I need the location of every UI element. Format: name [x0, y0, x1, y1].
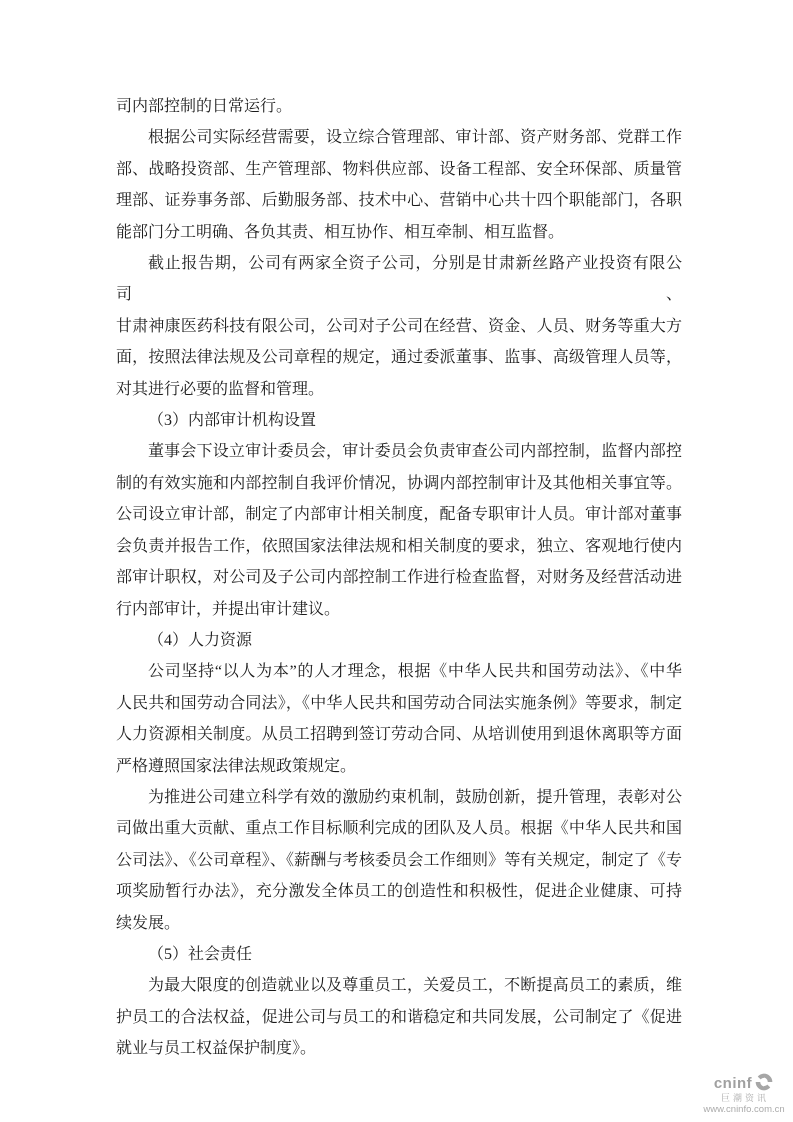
section-heading: （5）社会责任	[116, 939, 682, 970]
document-page: 司内部控制的日常运行。根据公司实际经营需要，设立综合管理部、审计部、资产财务部、…	[0, 0, 793, 1122]
document-body: 司内部控制的日常运行。根据公司实际经营需要，设立综合管理部、审计部、资产财务部、…	[116, 91, 682, 1065]
cninfo-brand-row: cninf	[698, 1072, 790, 1093]
text-line: 为推进公司建立科学有效的激励约束机制，鼓励创新，提升管理，表彰对公	[116, 782, 682, 813]
text-line: 理部、证券事务部、后勤服务部、技术中心、营销中心共十四个职能部门，各职	[116, 185, 682, 216]
text-line: 截止报告期，公司有两家全资子公司，分别是甘肃新丝路产业投资有限公司、	[116, 248, 682, 311]
text-line: 公司设立审计部，制定了内部审计相关制度，配备专职审计人员。审计部对董事	[116, 499, 682, 530]
text-line: 根据公司实际经营需要，设立综合管理部、审计部、资产财务部、党群工作	[116, 122, 682, 153]
text-line: 面，按照法律法规及公司章程的规定，通过委派董事、监事、高级管理人员等，	[116, 342, 682, 373]
text-line: 部审计职权，对公司及子公司内部控制工作进行检查监督，对财务及经营活动进	[116, 562, 682, 593]
cninfo-chinese-name: 巨潮资讯	[700, 1094, 790, 1104]
cninfo-logo-icon	[754, 1072, 774, 1092]
text-line: 严格遵照国家法律法规政策规定。	[116, 751, 682, 782]
text-line: 公司坚持“以人为本”的人才理念，根据《中华人民共和国劳动法》、《中华	[116, 656, 682, 687]
cninfo-watermark: cninf 巨潮资讯 www.cninfo.com.cn	[698, 1072, 790, 1116]
text-line: 为最大限度的创造就业以及尊重员工，关爱员工，不断提高员工的素质，维	[116, 970, 682, 1001]
text-line: 会负责并报告工作，依照国家法律法规和相关制度的要求，独立、客观地行使内	[116, 531, 682, 562]
text-line: 董事会下设立审计委员会，审计委员会负责审查公司内部控制，监督内部控	[116, 436, 682, 467]
text-line: 对其进行必要的监督和管理。	[116, 374, 682, 405]
cninfo-brand-text: cninf	[714, 1076, 752, 1093]
text-line: 制的有效实施和内部控制自我评价情况，协调内部控制审计及其他相关事宜等。	[116, 468, 682, 499]
text-line: 司做出重大贡献、重点工作目标顺利完成的团队及人员。根据《中华人民共和国	[116, 813, 682, 844]
text-line: 甘肃神康医药科技有限公司，公司对子公司在经营、资金、人员、财务等重大方	[116, 311, 682, 342]
text-line: 能部门分工明确、各负其责、相互协作、相互牵制、相互监督。	[116, 217, 682, 248]
text-line: 就业与员工权益保护制度》。	[116, 1033, 682, 1064]
text-line: 续发展。	[116, 908, 682, 939]
section-heading: （3）内部审计机构设置	[116, 405, 682, 436]
text-line: 人民共和国劳动合同法》，《中华人民共和国劳动合同法实施条例》等要求，制定	[116, 688, 682, 719]
section-heading: （4）人力资源	[116, 625, 682, 656]
text-line: 项奖励暂行办法》，充分激发全体员工的创造性和积极性，促进企业健康、可持	[116, 876, 682, 907]
text-line: 人力资源相关制度。从员工招聘到签订劳动合同、从培训使用到退休离职等方面	[116, 719, 682, 750]
text-line: 公司法》、《公司章程》、《薪酬与考核委员会工作细则》等有关规定，制定了《专	[116, 845, 682, 876]
text-line: 司内部控制的日常运行。	[116, 91, 682, 122]
text-line: 护员工的合法权益，促进公司与员工的和谐稳定和共同发展，公司制定了《促进	[116, 1002, 682, 1033]
cninfo-url: www.cninfo.com.cn	[698, 1105, 790, 1115]
text-line: 行内部审计，并提出审计建议。	[116, 594, 682, 625]
text-line: 部、战略投资部、生产管理部、物料供应部、设备工程部、安全环保部、质量管	[116, 154, 682, 185]
